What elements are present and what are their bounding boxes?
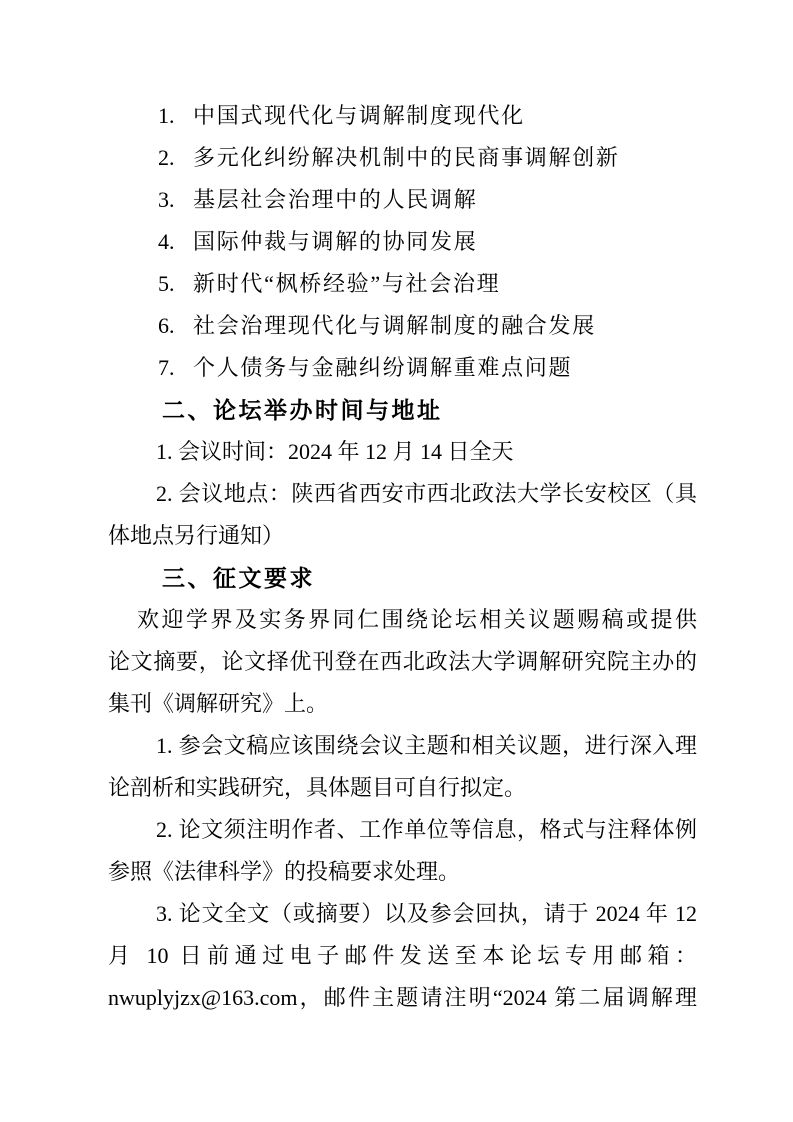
topic-number: 5. [158,263,193,305]
topic-number: 7. [158,347,193,389]
requirement-3-email-line: nwuplyjzx@163.com，邮件主题请注明“2024 第二届调解理 [108,977,697,1019]
requirement-3-line-2: 月 10 日前通过电子邮件发送至本论坛专用邮箱： [108,935,697,977]
topic-text: 个人债务与金融纠纷调解重难点问题 [193,355,572,380]
topic-item: 2.多元化纠纷解决机制中的民商事调解创新 [108,137,697,179]
call-intro-line-3: 集刊《调解研究》上。 [108,683,697,725]
call-intro-line-2: 论文摘要，论文择优刊登在西北政法大学调解研究院主办的 [108,641,697,683]
requirement-3-line-1: 3. 论文全文（或摘要）以及参会回执，请于 2024 年 12 [108,893,697,935]
call-intro-line-1: 欢迎学界及实务界同仁围绕论坛相关议题赐稿或提供 [108,599,697,641]
document-page: 1.中国式现代化与调解制度现代化 2.多元化纠纷解决机制中的民商事调解创新 3.… [0,0,793,1122]
topic-number: 1. [158,95,193,137]
topic-number: 4. [158,221,193,263]
topic-number: 2. [158,137,193,179]
topic-text: 社会治理现代化与调解制度的融合发展 [193,313,596,338]
meeting-venue-line-2: 体地点另行通知） [108,515,697,557]
topic-item: 7.个人债务与金融纠纷调解重难点问题 [108,347,697,389]
requirement-1-line-1: 1. 参会文稿应该围绕会议主题和相关议题，进行深入理 [108,725,697,767]
topic-item: 3.基层社会治理中的人民调解 [108,179,697,221]
topic-item: 1.中国式现代化与调解制度现代化 [108,95,697,137]
meeting-venue-line-1: 2. 会议地点：陕西省西安市西北政法大学长安校区（具 [108,473,697,515]
section-heading-call-for-papers: 三、征文要求 [108,557,697,599]
requirement-2-line-1: 2. 论文须注明作者、工作单位等信息，格式与注释体例 [108,809,697,851]
topic-item: 4.国际仲裁与调解的协同发展 [108,221,697,263]
meeting-time-line: 1. 会议时间：2024 年 12 月 14 日全天 [108,431,697,473]
topic-number: 3. [158,179,193,221]
topic-text: 中国式现代化与调解制度现代化 [193,103,525,128]
topic-item: 6.社会治理现代化与调解制度的融合发展 [108,305,697,347]
topic-text: 多元化纠纷解决机制中的民商事调解创新 [193,145,620,170]
section-heading-time-venue: 二、论坛举办时间与地址 [108,389,697,431]
topic-item: 5.新时代“枫桥经验”与社会治理 [108,263,697,305]
requirement-1-line-2: 论剖析和实践研究，具体题目可自行拟定。 [108,767,697,809]
requirement-2-line-2: 参照《法律科学》的投稿要求处理。 [108,851,697,893]
topic-text: 基层社会治理中的人民调解 [193,187,477,212]
topic-number: 6. [158,305,193,347]
document-content: 1.中国式现代化与调解制度现代化 2.多元化纠纷解决机制中的民商事调解创新 3.… [108,95,697,1019]
topic-text: 国际仲裁与调解的协同发展 [193,229,477,254]
topic-text: 新时代“枫桥经验”与社会治理 [193,271,500,296]
